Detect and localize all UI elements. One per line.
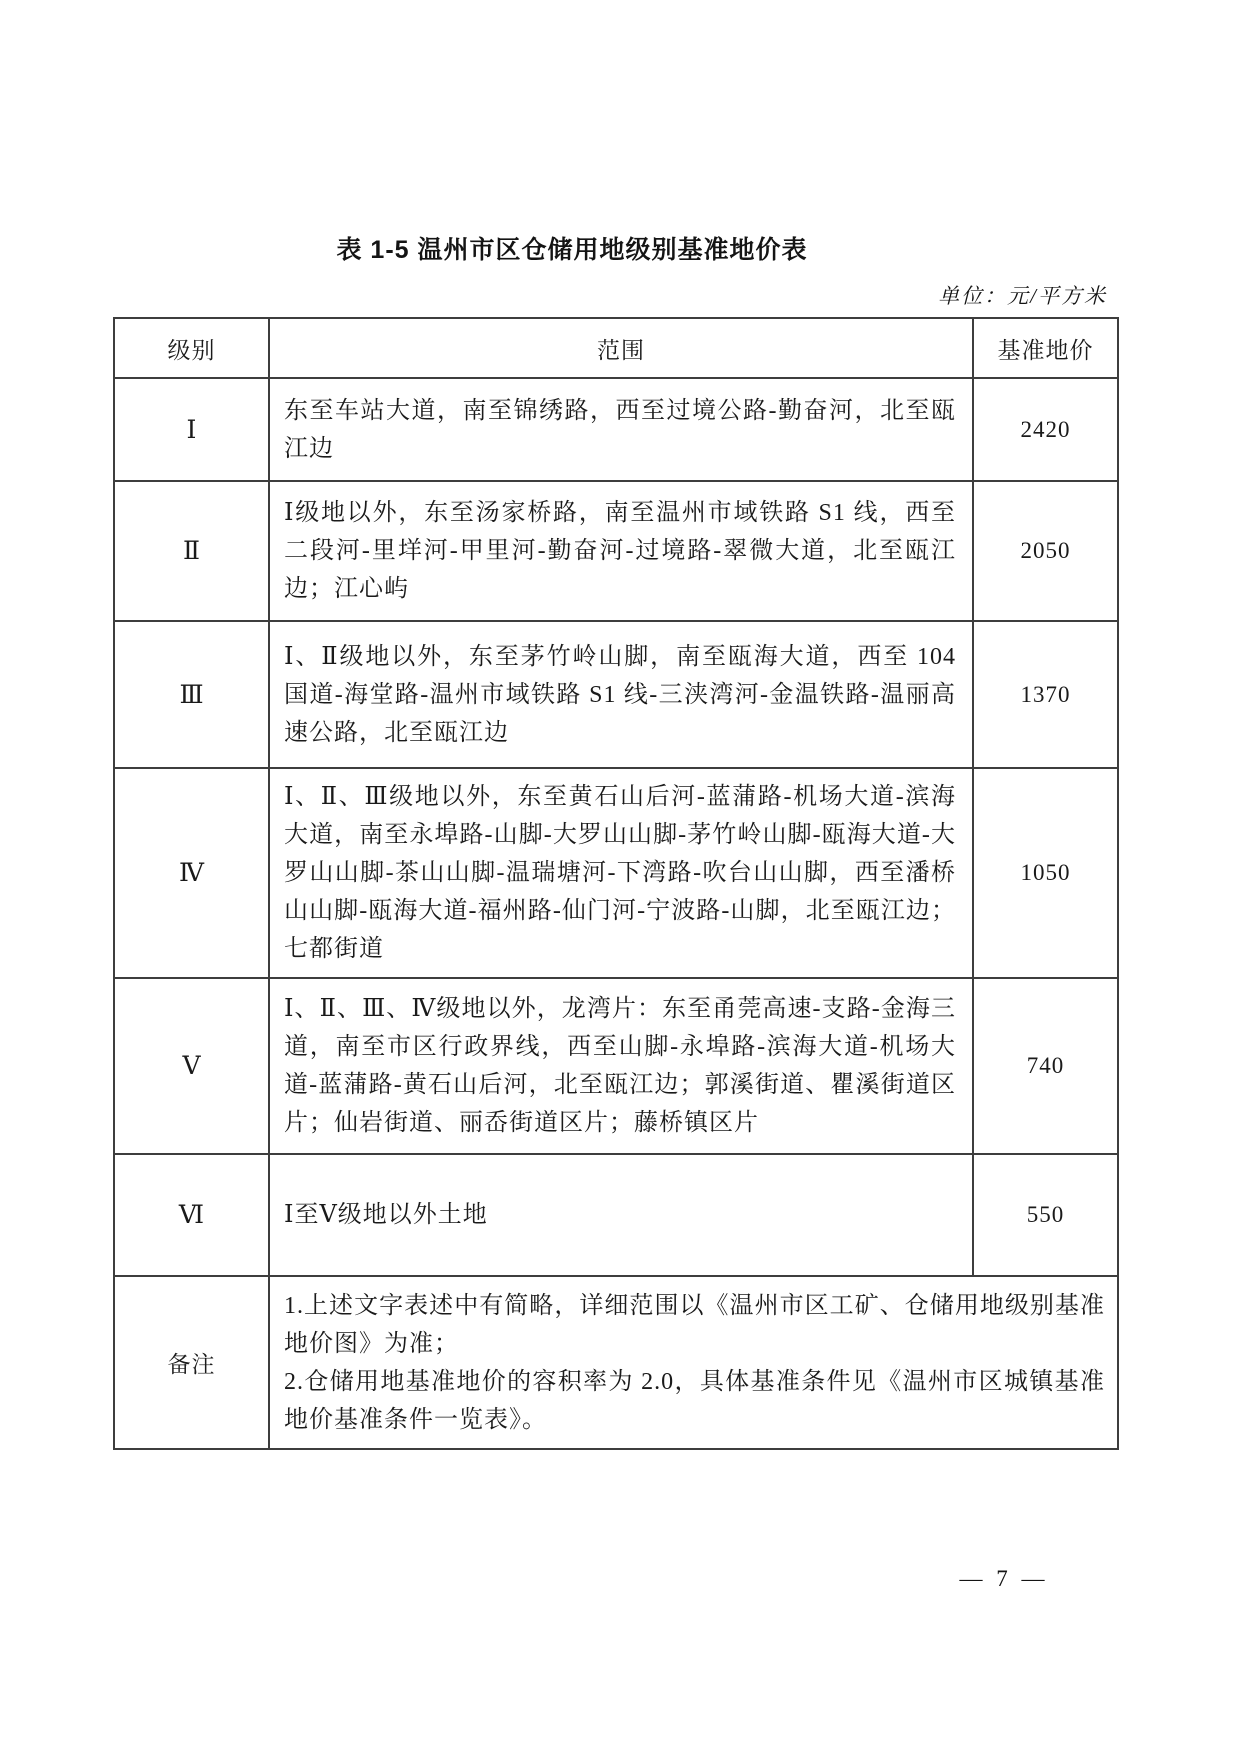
remarks-note: 1.上述文字表述中有简略，详细范围以《温州市区工矿、仓储用地级别基准地价图》为准…: [284, 1287, 1105, 1363]
level-cell: Ⅴ: [114, 978, 269, 1154]
table-row: Ⅳ Ⅰ、Ⅱ、Ⅲ级地以外，东至黄石山后河-蓝蒲路-机场大道-滨海大道，南至永埠路-…: [114, 768, 1118, 978]
price-cell: 2420: [973, 378, 1118, 481]
remarks-label: 备注: [114, 1276, 269, 1449]
price-cell: 2050: [973, 481, 1118, 621]
header-range: 范围: [269, 318, 973, 378]
range-cell: Ⅰ、Ⅱ级地以外，东至茅竹岭山脚，南至瓯海大道，西至 104 国道-海堂路-温州市…: [269, 621, 973, 768]
table-header-row: 级别 范围 基准地价: [114, 318, 1118, 378]
range-cell: Ⅰ、Ⅱ、Ⅲ、Ⅳ级地以外，龙湾片：东至甬莞高速-支路-金海三道，南至市区行政界线，…: [269, 978, 973, 1154]
table-row: Ⅲ Ⅰ、Ⅱ级地以外，东至茅竹岭山脚，南至瓯海大道，西至 104 国道-海堂路-温…: [114, 621, 1118, 768]
price-cell: 1050: [973, 768, 1118, 978]
page-title: 表 1-5 温州市区仓储用地级别基准地价表: [113, 230, 1117, 266]
header-price: 基准地价: [973, 318, 1118, 378]
page-number: — 7 —: [898, 1566, 1110, 1592]
range-cell: Ⅰ级地以外，东至汤家桥路，南至温州市域铁路 S1 线，西至二段河-里垟河-甲里河…: [269, 481, 973, 621]
range-cell: Ⅰ、Ⅱ、Ⅲ级地以外，东至黄石山后河-蓝蒲路-机场大道-滨海大道，南至永埠路-山脚…: [269, 768, 973, 978]
remarks-note: 2.仓储用地基准地价的容积率为 2.0，具体基准条件见《温州市区城镇基准地价基准…: [284, 1363, 1105, 1439]
header-level: 级别: [114, 318, 269, 378]
level-cell: Ⅳ: [114, 768, 269, 978]
range-cell: 东至车站大道，南至锦绣路，西至过境公路-勤奋河，北至瓯江边: [269, 378, 973, 481]
level-cell: Ⅰ: [114, 378, 269, 481]
price-cell: 740: [973, 978, 1118, 1154]
document-page: 表 1-5 温州市区仓储用地级别基准地价表 单位：元/平方米 级别 范围 基准地…: [0, 0, 1240, 1753]
range-cell: Ⅰ至Ⅴ级地以外土地: [269, 1154, 973, 1276]
unit-note: 单位：元/平方米: [113, 280, 1117, 310]
level-cell: Ⅱ: [114, 481, 269, 621]
price-cell: 1370: [973, 621, 1118, 768]
price-cell: 550: [973, 1154, 1118, 1276]
table-row: Ⅱ Ⅰ级地以外，东至汤家桥路，南至温州市域铁路 S1 线，西至二段河-里垟河-甲…: [114, 481, 1118, 621]
table-row: Ⅴ Ⅰ、Ⅱ、Ⅲ、Ⅳ级地以外，龙湾片：东至甬莞高速-支路-金海三道，南至市区行政界…: [114, 978, 1118, 1154]
table-row: Ⅰ 东至车站大道，南至锦绣路，西至过境公路-勤奋河，北至瓯江边 2420: [114, 378, 1118, 481]
remarks-cell: 1.上述文字表述中有简略，详细范围以《温州市区工矿、仓储用地级别基准地价图》为准…: [269, 1276, 1118, 1449]
level-cell: Ⅵ: [114, 1154, 269, 1276]
level-cell: Ⅲ: [114, 621, 269, 768]
land-price-table: 级别 范围 基准地价 Ⅰ 东至车站大道，南至锦绣路，西至过境公路-勤奋河，北至瓯…: [113, 317, 1119, 1450]
table-row: Ⅵ Ⅰ至Ⅴ级地以外土地 550: [114, 1154, 1118, 1276]
remarks-row: 备注 1.上述文字表述中有简略，详细范围以《温州市区工矿、仓储用地级别基准地价图…: [114, 1276, 1118, 1449]
